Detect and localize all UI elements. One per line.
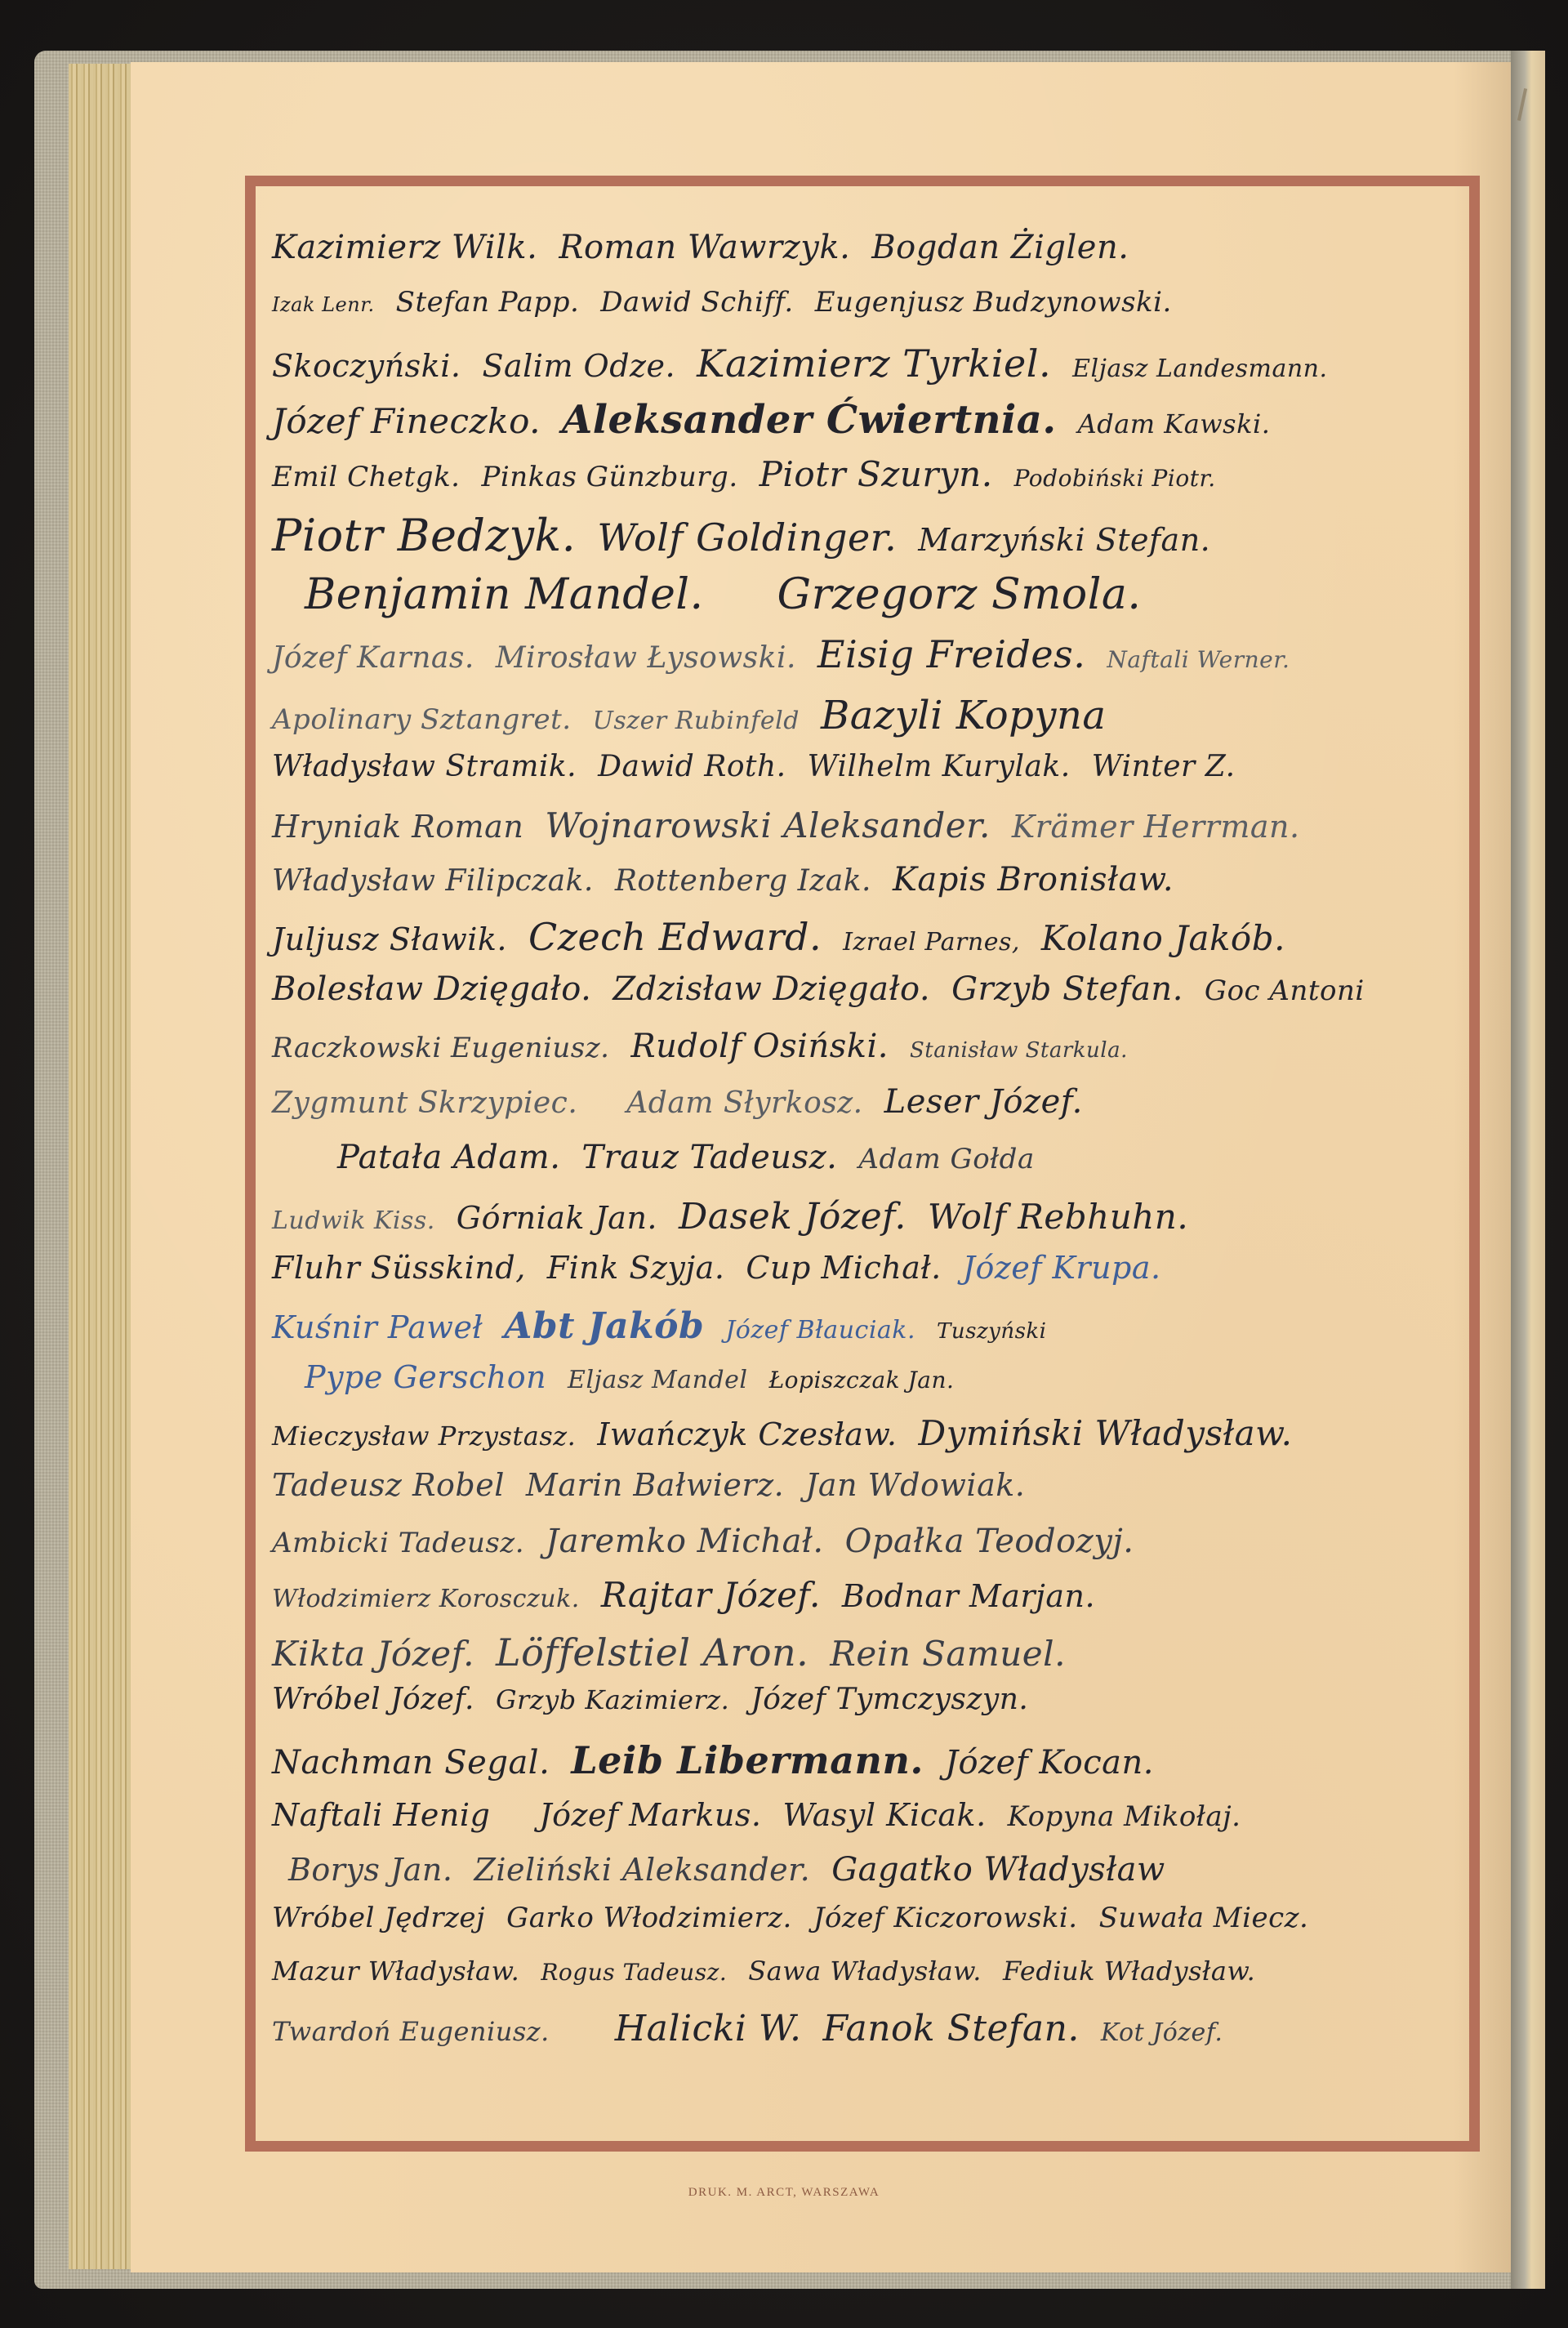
signature: Ludwik Kiss.: [272, 1206, 435, 1235]
signature: Władysław Stramik.: [272, 750, 577, 783]
signature: Fluhr Süsskind,: [272, 1250, 526, 1286]
signature-list: Kazimierz Wilk.Roman Wawrzyk.Bogdan Żigl…: [272, 211, 1453, 2116]
signature: Podobiński Piotr.: [1014, 465, 1216, 492]
signature: Łopiszczak Jan.: [768, 1367, 954, 1394]
signature: Kapis Bronisław.: [893, 861, 1174, 899]
signature: Marin Bałwierz.: [526, 1467, 784, 1503]
signature: Wróbel Jędrzej: [272, 1902, 485, 1934]
signature: Sawa Władysław.: [748, 1956, 982, 1987]
signature: Rogus Tadeusz.: [541, 1959, 727, 1986]
signature-row: Pype GerschonEljasz MandelŁopiszczak Jan…: [272, 1359, 1453, 1395]
signature: Naftali Werner.: [1107, 646, 1290, 673]
signature: Czech Edward.: [528, 915, 822, 959]
signature: Władysław Filipczak.: [272, 864, 594, 898]
signature: Eugenjusz Budzynowski.: [815, 286, 1172, 319]
signature: Józef Krupa.: [963, 1250, 1161, 1286]
signature: Izrael Parnes,: [843, 928, 1020, 957]
signature: Tuszyński: [937, 1319, 1046, 1344]
signature: Józef Kocan.: [945, 1744, 1154, 1782]
signature: Bogdan Żiglen.: [871, 229, 1129, 266]
signature: Kot Józef.: [1101, 2018, 1223, 2047]
signature: Cup Michał.: [746, 1250, 941, 1286]
page-edges: [69, 64, 136, 2269]
signature: Grzegorz Smola.: [777, 570, 1142, 619]
signature: Bolesław Dzięgało.: [272, 970, 591, 1008]
signature: Raczkowski Eugeniusz.: [272, 1032, 609, 1064]
signature: Wasyl Kicak.: [782, 1797, 986, 1833]
signature: Rein Samuel.: [830, 1634, 1066, 1674]
signature-row: Juljusz Sławik.Czech Edward.Izrael Parne…: [272, 915, 1453, 959]
signature: Fanok Stefan.: [822, 2008, 1079, 2049]
signature: Stanisław Starkula.: [910, 1038, 1128, 1063]
signature: Naftali Henig: [272, 1797, 490, 1833]
signature: Jaremko Michał.: [546, 1523, 824, 1560]
signature-row: Władysław Stramik.Dawid Roth.Wilhelm Kur…: [272, 750, 1453, 783]
signature-row: Izak Lenr.Stefan Papp.Dawid Schiff.Eugen…: [272, 286, 1453, 319]
signature: Dasek Józef.: [679, 1196, 906, 1238]
signature: Ambicki Tadeusz.: [272, 1527, 524, 1559]
signature-row: Apolinary Sztangret.Uszer RubinfeldBazyl…: [272, 693, 1453, 738]
signature-row: Tadeusz RobelMarin Bałwierz.Jan Wdowiak.: [272, 1467, 1453, 1503]
signature: Adam Gołda: [858, 1143, 1034, 1175]
signature-row: Władysław Filipczak.Rottenberg Izak.Kapi…: [272, 861, 1453, 899]
signature-row: Fluhr Süsskind,Fink Szyja.Cup Michał.Józ…: [272, 1250, 1453, 1286]
signature: Józef Fineczko.: [272, 401, 541, 441]
signature: Kopyna Mikołaj.: [1008, 1800, 1241, 1833]
signature: Wilhelm Kurylak.: [808, 750, 1071, 783]
signature-row: Kazimierz Wilk.Roman Wawrzyk.Bogdan Żigl…: [272, 229, 1453, 266]
signature: Aleksander Ćwiertnia.: [562, 397, 1057, 443]
signature: Bodnar Marjan.: [842, 1578, 1095, 1614]
signature-row: Skoczyński.Salim Odze.Kazimierz Tyrkiel.…: [272, 341, 1453, 386]
signature: Piotr Szuryn.: [759, 454, 993, 494]
signature-row: Wróbel JędrzejGarko Włodzimierz.Józef Ki…: [272, 1902, 1453, 1934]
signature: Wolf Rebhuhn.: [928, 1197, 1188, 1237]
signature-row: Wróbel Józef.Grzyb Kazimierz.Józef Tymcz…: [272, 1683, 1453, 1716]
signature: Kikta Józef.: [272, 1634, 474, 1674]
signature: Zieliński Aleksander.: [474, 1852, 810, 1888]
signature: Rottenberg Izak.: [615, 864, 871, 898]
signature: Twardoń Eugeniusz.: [272, 2016, 550, 2047]
signature: Mazur Władysław.: [272, 1956, 519, 1987]
signature: Piotr Bedzyk.: [272, 510, 576, 561]
signature: Abt Jakób: [504, 1305, 704, 1347]
signature-row: Twardoń Eugeniusz.Halicki W.Fanok Stefan…: [272, 2008, 1453, 2049]
signature-row: Mazur Władysław.Rogus Tadeusz.Sawa Włady…: [272, 1956, 1453, 1987]
signature: Leser Józef.: [884, 1083, 1083, 1121]
signature: Górniak Jan.: [457, 1200, 657, 1236]
signature-row: Borys Jan.Zieliński Aleksander.Gagatko W…: [272, 1851, 1453, 1889]
signature: Apolinary Sztangret.: [272, 703, 572, 736]
signature: Goc Antoni: [1205, 974, 1365, 1007]
signature: Skoczyński.: [272, 348, 461, 384]
printer-imprint: DRUK. M. ARCT, WARSZAWA: [0, 2186, 1568, 2200]
signature: Emil Chetgk.: [272, 461, 461, 493]
signature: Gagatko Władysław: [831, 1851, 1165, 1889]
signature: Suwała Miecz.: [1099, 1902, 1309, 1934]
signature: Borys Jan.: [288, 1852, 452, 1888]
signature-row: Zygmunt Skrzypiec.Adam Słyrkosz.Leser Jó…: [272, 1083, 1453, 1121]
signature-row: Piotr Bedzyk.Wolf Goldinger.Marzyński St…: [272, 510, 1453, 561]
signature: Mieczysław Przystasz.: [272, 1420, 576, 1452]
signature: Hryniak Roman: [272, 809, 523, 845]
signature: Jan Wdowiak.: [805, 1467, 1025, 1503]
signature: Józef Karnas.: [272, 641, 474, 675]
signature: Leib Libermann.: [571, 1738, 924, 1782]
signature: Halicki W.: [615, 2008, 802, 2049]
signature: Salim Odze.: [482, 348, 675, 384]
signature: Trauz Tadeusz.: [581, 1139, 837, 1176]
signature: Fediuk Władysław.: [1003, 1956, 1255, 1987]
signature: Iwańczyk Czesław.: [597, 1416, 897, 1452]
signature: Dawid Schiff.: [600, 286, 793, 319]
signature: Józef Tymczyszyn.: [751, 1683, 1028, 1716]
signature: Eisig Freides.: [817, 632, 1085, 676]
signature-row: Naftali HenigJózef Markus.Wasyl Kicak.Ko…: [272, 1797, 1453, 1833]
signature: Józef Markus.: [539, 1797, 761, 1833]
signature: Zygmunt Skrzypiec.: [272, 1086, 577, 1120]
signature: Pype Gerschon: [305, 1359, 546, 1395]
signature: Opałka Teodozyj.: [845, 1523, 1134, 1560]
signature: Izak Lenr.: [272, 293, 375, 316]
signature-frame: Kazimierz Wilk.Roman Wawrzyk.Bogdan Żigl…: [245, 176, 1480, 2152]
signature: Józef Błauciak.: [725, 1316, 915, 1345]
signature: Pinkas Günzburg.: [482, 461, 738, 493]
signature: Józef Kiczorowski.: [813, 1902, 1078, 1934]
signature: Benjamin Mandel.: [305, 570, 704, 619]
signature: Rajtar Józef.: [601, 1575, 821, 1615]
signature-row: Hryniak RomanWojnarowski Aleksander.Kräm…: [272, 805, 1453, 845]
signature: Nachman Segal.: [272, 1744, 550, 1782]
signature: Mirosław Łysowski.: [496, 641, 796, 675]
signature: Dymiński Władysław.: [919, 1413, 1293, 1453]
signature: Grzyb Stefan.: [951, 970, 1183, 1008]
signature: Kolano Jakób.: [1041, 918, 1285, 958]
signature: Grzyb Kazimierz.: [496, 1684, 729, 1715]
signature: Patała Adam.: [337, 1139, 560, 1176]
signature: Krämer Herrman.: [1012, 809, 1300, 845]
signature-row: Józef Karnas.Mirosław Łysowski.Eisig Fre…: [272, 632, 1453, 676]
signature: Eljasz Mandel: [568, 1366, 747, 1394]
signature-row: Włodzimierz Korosczuk.Rajtar Józef.Bodna…: [272, 1575, 1453, 1615]
signature: Wolf Goldinger.: [597, 515, 897, 560]
signature: Adam Słyrkosz.: [626, 1086, 862, 1120]
signature: Wróbel Józef.: [272, 1683, 474, 1716]
signature: Adam Kawski.: [1078, 408, 1271, 439]
signature-row: Mieczysław Przystasz.Iwańczyk Czesław.Dy…: [272, 1413, 1453, 1453]
signature: Fink Szyja.: [547, 1250, 725, 1286]
signature-row: Raczkowski Eugeniusz.Rudolf Osiński.Stan…: [272, 1028, 1453, 1065]
signature: Marzyński Stefan.: [918, 522, 1210, 558]
signature-row: Józef Fineczko.Aleksander Ćwiertnia.Adam…: [272, 397, 1453, 443]
signature-row: Ambicki Tadeusz.Jaremko Michał.Opałka Te…: [272, 1523, 1453, 1560]
signature: Kuśnir Paweł: [272, 1309, 483, 1345]
signature: Stefan Papp.: [396, 286, 580, 319]
signature-row: Nachman Segal.Leib Libermann.Józef Kocan…: [272, 1738, 1453, 1782]
signature-row: Kuśnir PawełAbt JakóbJózef Błauciak.Tusz…: [272, 1305, 1453, 1347]
signature: Uszer Rubinfeld: [593, 707, 800, 735]
signature: Dawid Roth.: [598, 750, 786, 783]
signature: Tadeusz Robel: [272, 1467, 505, 1503]
signature-row: Kikta Józef.Löffelstiel Aron.Rein Samuel…: [272, 1630, 1453, 1675]
signature: Juljusz Sławik.: [272, 921, 507, 957]
signature: Kazimierz Tyrkiel.: [697, 341, 1051, 386]
signature: Rudolf Osiński.: [630, 1028, 889, 1065]
signature-row: Emil Chetgk.Pinkas Günzburg.Piotr Szuryn…: [272, 454, 1453, 494]
signature: Garko Włodzimierz.: [506, 1902, 792, 1934]
signature: Winter Z.: [1092, 750, 1236, 783]
signature: Eljasz Landesmann.: [1072, 355, 1327, 383]
signature-row: Patała Adam.Trauz Tadeusz.Adam Gołda: [272, 1139, 1453, 1176]
signature: Zdzisław Dzięgało.: [612, 970, 930, 1008]
signature-row: Ludwik Kiss.Górniak Jan.Dasek Józef.Wolf…: [272, 1196, 1453, 1238]
signature-row: Bolesław Dzięgało.Zdzisław Dzięgało.Grzy…: [272, 970, 1453, 1008]
signature-row: Benjamin Mandel.Grzegorz Smola.: [272, 570, 1453, 619]
signature: Włodzimierz Korosczuk.: [272, 1585, 580, 1613]
signature: Löffelstiel Aron.: [496, 1630, 808, 1675]
signature: Wojnarowski Aleksander.: [545, 805, 991, 845]
signature: Roman Wawrzyk.: [559, 229, 850, 266]
book-gutter: [1511, 51, 1545, 2289]
signature: Bazyli Kopyna: [821, 693, 1107, 738]
signature: Kazimierz Wilk.: [272, 229, 537, 266]
